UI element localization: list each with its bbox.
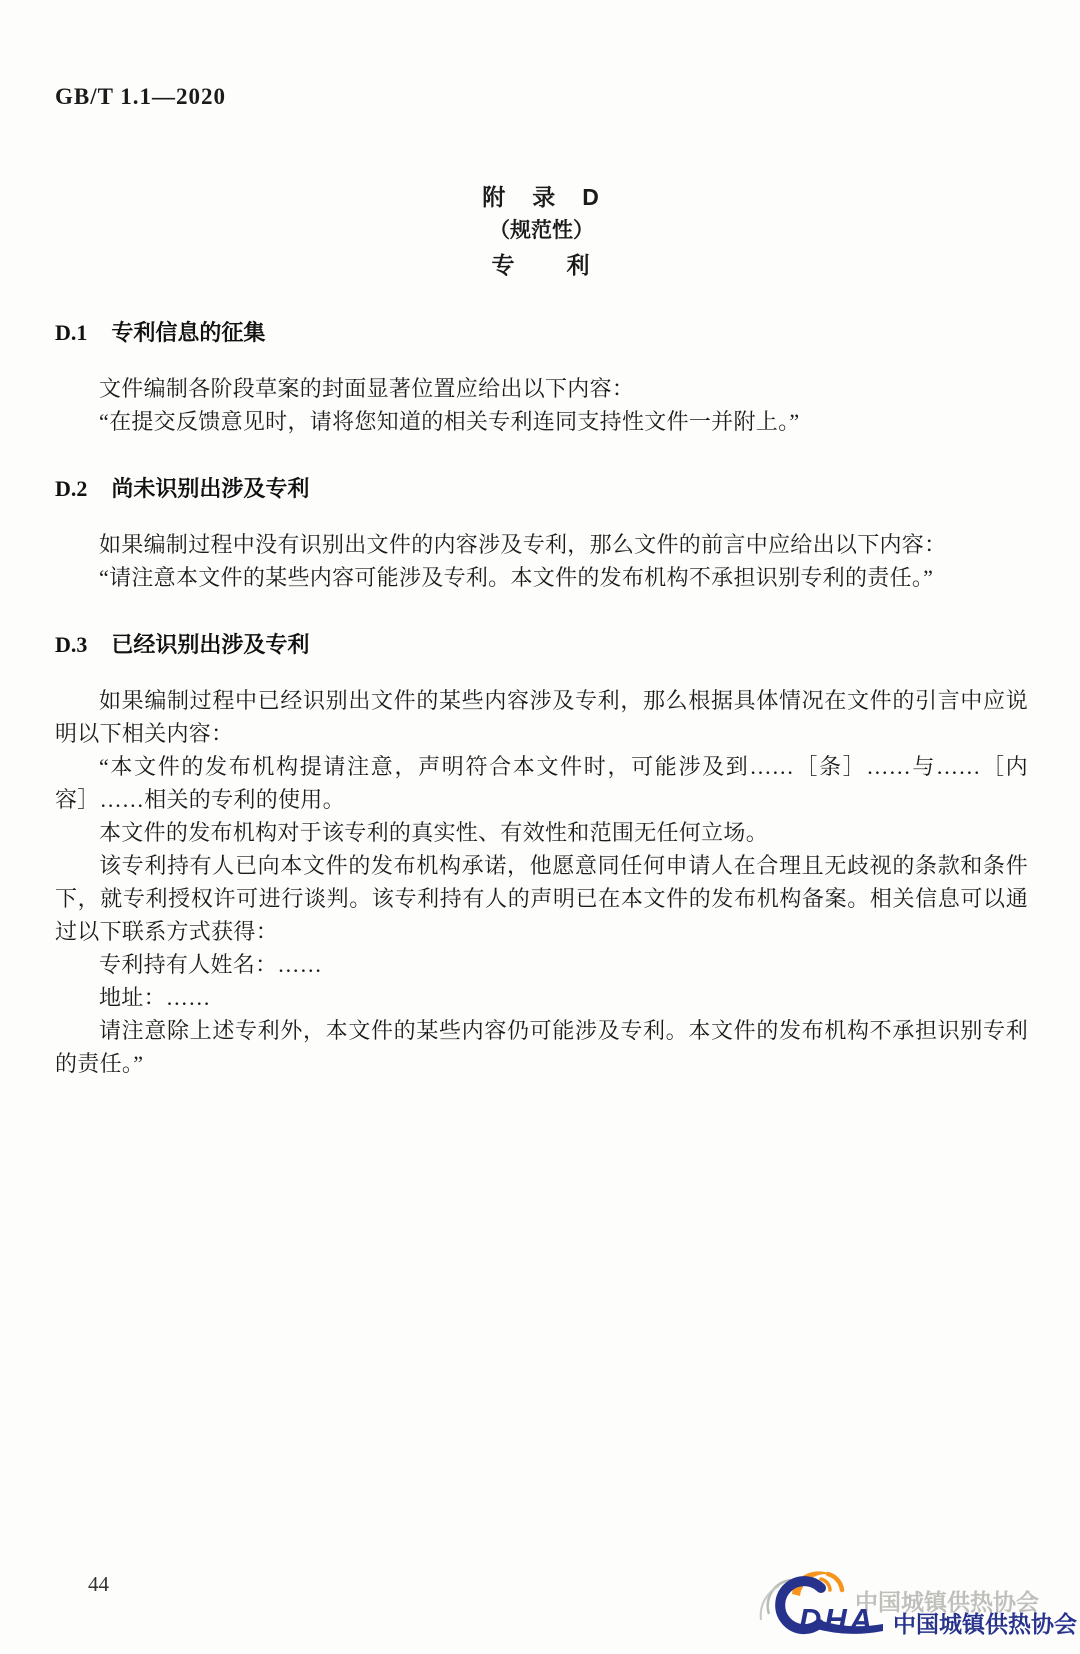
paragraph: 请注意除上述专利外，本文件的某些内容仍可能涉及专利。本文件的发布机构不承担识别专… bbox=[55, 1014, 1028, 1080]
paragraph: 本文件的发布机构对于该专利的真实性、有效性和范围无任何立场。 bbox=[55, 816, 1028, 849]
section-d2-heading: D.2尚未识别出涉及专利 bbox=[55, 474, 1028, 504]
section-d3-title: 已经识别出涉及专利 bbox=[111, 632, 309, 657]
section-d2-title: 尚未识别出涉及专利 bbox=[111, 476, 309, 501]
page-number: 44 bbox=[88, 1572, 109, 1597]
section-d1-number: D.1 bbox=[55, 320, 87, 345]
paragraph: 地址：…… bbox=[55, 981, 1028, 1014]
paragraph: 如果编制过程中已经识别出文件的某些内容涉及专利，那么根据具体情况在文件的引言中应… bbox=[55, 684, 1028, 750]
logo-name: 中国城镇供热协会 bbox=[893, 1611, 1077, 1637]
appendix-title-line2: （规范性） bbox=[55, 214, 1028, 248]
paragraph: 该专利持有人已向本文件的发布机构承诺，他愿意同任何申请人在合理且无歧视的条款和条… bbox=[55, 849, 1028, 948]
appendix-title-line3: 专 利 bbox=[55, 248, 1028, 282]
paragraph: “请注意本文件的某些内容可能涉及专利。本文件的发布机构不承担识别专利的责任。” bbox=[55, 561, 1028, 594]
document-page: GB/T 1.1—2020 附 录 D （规范性） 专 利 D.1专利信息的征集… bbox=[0, 0, 1080, 1654]
paragraph: “本文件的发布机构提请注意，声明符合本文件时，可能涉及到……［条］……与……［内… bbox=[55, 750, 1028, 816]
section-d1: D.1专利信息的征集 文件编制各阶段草案的封面显著位置应给出以下内容： “在提交… bbox=[55, 318, 1028, 438]
logo-abbr: DHA bbox=[799, 1602, 875, 1637]
page-content: GB/T 1.1—2020 附 录 D （规范性） 专 利 D.1专利信息的征集… bbox=[0, 0, 1080, 1080]
standard-number-header: GB/T 1.1—2020 bbox=[55, 0, 1028, 110]
paragraph: 专利持有人姓名：…… bbox=[55, 948, 1028, 981]
section-d2: D.2尚未识别出涉及专利 如果编制过程中没有识别出文件的内容涉及专利，那么文件的… bbox=[55, 474, 1028, 594]
paragraph: “在提交反馈意见时，请将您知道的相关专利连同支持性文件一并附上。” bbox=[55, 405, 1028, 438]
section-d3: D.3已经识别出涉及专利 如果编制过程中已经识别出文件的某些内容涉及专利，那么根… bbox=[55, 630, 1028, 1080]
section-d2-number: D.2 bbox=[55, 476, 87, 501]
paragraph: 文件编制各阶段草案的封面显著位置应给出以下内容： bbox=[55, 372, 1028, 405]
section-d3-heading: D.3已经识别出涉及专利 bbox=[55, 630, 1028, 660]
section-d1-heading: D.1专利信息的征集 bbox=[55, 318, 1028, 348]
dha-logo: 中国城镇供热协会 DHA 中国城镇供热协会 bbox=[735, 1566, 1080, 1654]
appendix-title-block: 附 录 D （规范性） 专 利 bbox=[55, 180, 1028, 282]
section-d1-title: 专利信息的征集 bbox=[111, 320, 265, 345]
section-d3-number: D.3 bbox=[55, 632, 87, 657]
appendix-title-line1: 附 录 D bbox=[55, 180, 1028, 214]
paragraph: 如果编制过程中没有识别出文件的内容涉及专利，那么文件的前言中应给出以下内容： bbox=[55, 528, 1028, 561]
